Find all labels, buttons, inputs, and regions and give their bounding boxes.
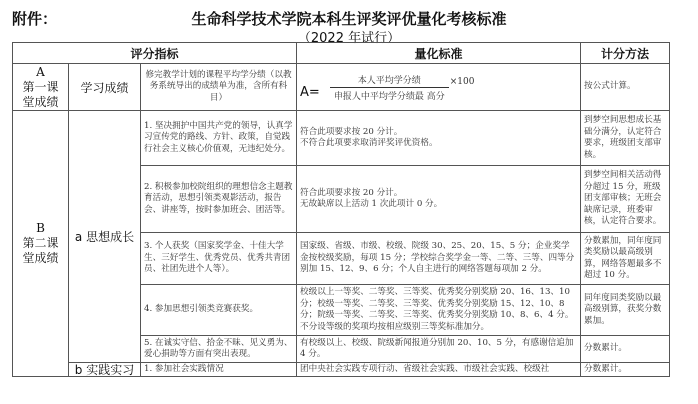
subcategory-study-grades: 学习成绩 [69,64,141,111]
formula-fraction: 本人平均学分绩 申报人中平均学分绩最 高分 [330,73,449,102]
indicator-cell: 1. 坚决拥护中国共产党的领导，认真学习宣传党的路线、方针、政策，自觉践行社会主… [141,111,297,166]
standard-cell: 符合此项要求按 20 分计。 不符合此项要求取消评奖评优资格。 [297,111,581,166]
subcategory-ideology: a 思想成长 [69,111,141,363]
column-header-method: 计分方法 [581,43,670,64]
formula-lhs: A= [300,85,320,100]
category-a-line1: 第一课 [16,80,65,95]
indicator-cell: 5. 在诚实守信、拾金不昧、见义勇为、爱心捐助等方面有突出表现。 [141,336,297,363]
subcategory-practice: b 实践实习 [69,363,141,377]
formula-cell: A= 本人平均学分绩 申报人中平均学分绩最 高分 ×100 [297,64,581,111]
category-b-line2: 堂成绩 [16,251,65,266]
column-header-indicator: 评分指标 [13,43,297,64]
standard-cell: 符合此项要求按 20 分计。 无故缺席以上活动 1 次此项计 0 分。 [297,166,581,233]
category-a-code: A [16,65,65,80]
method-cell: 同年度同类奖励以最高级别算，获奖分数累加。 [581,285,670,336]
indicator-cell: 2. 积极参加校院组织的理想信念主题教育活动，思想引领类观影活动，报告会、讲座等… [141,166,297,233]
category-b-code: B [16,221,65,236]
category-b: B 第二课 堂成绩 [13,111,69,377]
criteria-table: 评分指标 量化标准 计分方法 A 第一课 堂成绩 学习成绩 修完教学计划的课程平… [12,42,670,377]
category-b-line1: 第二课 [16,236,65,251]
table-row-a: A 第一课 堂成绩 学习成绩 修完教学计划的课程平均学分绩（以教务系统导出的成绩… [13,64,670,111]
method-cell: 到梦空间思想成长基础分满分，认定符合要求，班级团支部审核。 [581,111,670,166]
formula-denominator: 申报人中平均学分绩最 高分 [330,87,449,102]
indicator-cell: 4. 参加思想引领类竞赛获奖。 [141,285,297,336]
method-cell: 分数累计。 [581,336,670,363]
method-cell: 分数累计。 [581,363,670,377]
method-cell: 分数累加，同年度同类奖励以最高级别算，网络答题最多不超过 10 分。 [581,233,670,285]
formula-multiplier: ×100 [450,77,475,87]
standard-cell: 有校级以上、校级、院级新闻报道分别加 20、10、5 分，有感谢信追加 4 分。 [297,336,581,363]
method-cell: 按公式计算。 [581,64,670,111]
formula-numerator: 本人平均学分绩 [354,73,425,87]
category-a-line2: 堂成绩 [16,95,65,110]
standard-cell: 团中央社会实践专项行动、省级社会实践、市级社会实践、校级社 [297,363,581,377]
category-a: A 第一课 堂成绩 [13,64,69,111]
standard-cell: 校级以上一等奖、二等奖、三等奖、优秀奖分别奖励 20、16、13、10 分；校级… [297,285,581,336]
indicator-cell: 1. 参加社会实践情况 [141,363,297,377]
method-cell: 到梦空间相关活动得分超过 15 分，班级团支部审核；无班会缺席记录，班委审核，认… [581,166,670,233]
formula: A= 本人平均学分绩 申报人中平均学分绩最 高分 ×100 [300,73,577,102]
table-row: b 实践实习 1. 参加社会实践情况 团中央社会实践专项行动、省级社会实践、市级… [13,363,670,377]
table-row: B 第二课 堂成绩 a 思想成长 1. 坚决拥护中国共产党的领导，认真学习宣传党… [13,111,670,166]
table-header-row: 评分指标 量化标准 计分方法 [13,43,670,64]
column-header-standard: 量化标准 [297,43,581,64]
indicator-cell: 修完教学计划的课程平均学分绩（以教务系统导出的成绩单为准，含所有科目） [141,64,297,111]
indicator-cell: 3. 个人获奖（国家奖学金、十佳大学生、三好学生、优秀党员、优秀共青团员、社团先… [141,233,297,285]
standard-cell: 国家级、省级、市级、校级、院级 30、25、20、15、5 分；企业奖学金按校级… [297,233,581,285]
document-title: 生命科学技术学院本科生评奖评优量化考核标准 [0,8,698,29]
